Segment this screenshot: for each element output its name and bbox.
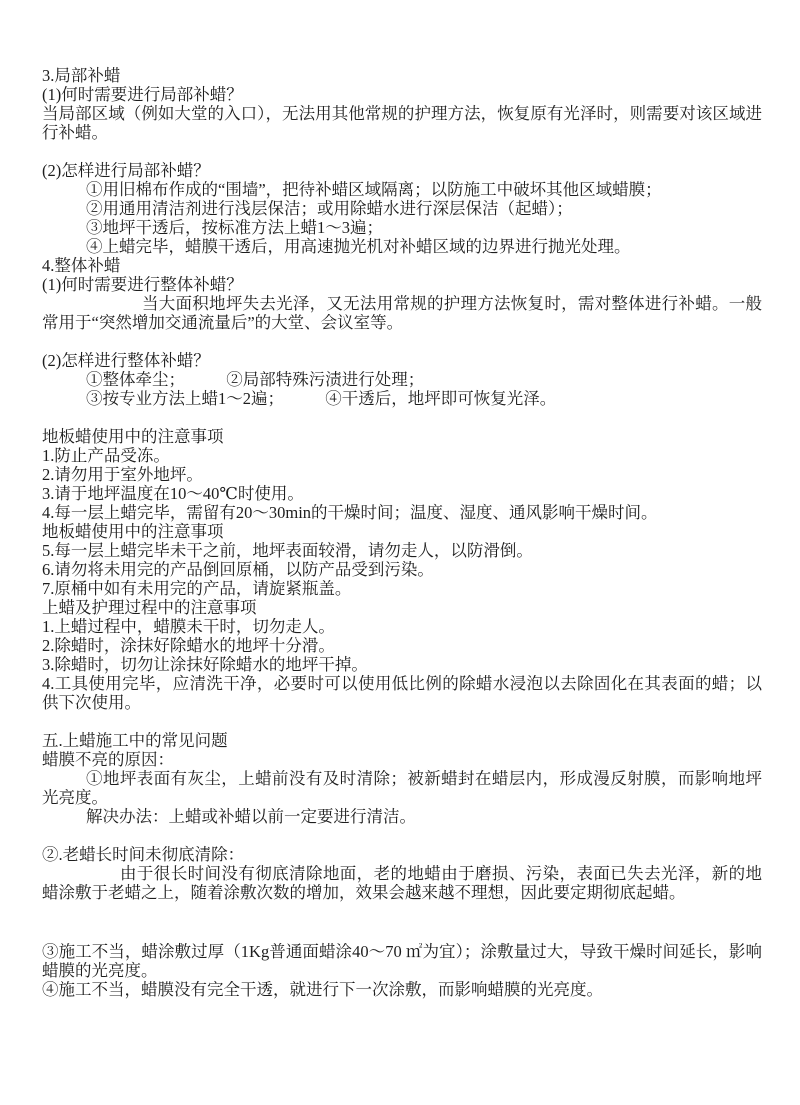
list-item-overall-3-4: ③按专业方法上蜡1～2遍； ④干透后，地坪即可恢复光泽。 <box>42 389 762 408</box>
question-how-local-rewax: (2)怎样进行局部补蜡？ <box>42 161 762 180</box>
precaution-7: 7.原桶中如有未用完的产品，请旋紧瓶盖。 <box>42 579 762 598</box>
precaution-4: 4.每一层上蜡完毕，需留有20～30min的干燥时间；温度、湿度、通风影响干燥时… <box>42 503 762 522</box>
heading-usage-precautions-repeat: 地板蜡使用中的注意事项 <box>42 522 762 541</box>
cause-4-not-dry: ④施工不当，蜡膜没有完全干透，就进行下一次涂敷，而影响蜡膜的光亮度。 <box>42 980 762 999</box>
heading-usage-precautions: 地板蜡使用中的注意事项 <box>42 427 762 446</box>
subheading-dull-film-causes: 蜡膜不亮的原因： <box>42 750 762 769</box>
paragraph-overall-rewax-when: 当大面积地坪失去光泽，又无法用常规的护理方法恢复时，需对整体进行补蜡。一般常用于… <box>42 294 762 332</box>
heading-local-rewaxing: 3.局部补蜡 <box>42 66 762 85</box>
list-item-2: ②用通用清洁剂进行浅层保洁；或用除蜡水进行深层保洁（起蜡）； <box>42 199 762 218</box>
list-item-4: ④上蜡完毕，蜡膜干透后，用高速抛光机对补蜡区域的边界进行抛光处理。 <box>42 237 762 256</box>
question-how-overall-rewax: (2)怎样进行整体补蜡？ <box>42 351 762 370</box>
care-precaution-3: 3.除蜡时，切勿让涂抹好除蜡水的地坪干掉。 <box>42 655 762 674</box>
list-item-1: ①用旧棉布作成的“围墙”，把待补蜡区域隔离；以防施工中破坏其他区域蜡膜； <box>42 180 762 199</box>
precaution-2: 2.请勿用于室外地坪。 <box>42 465 762 484</box>
care-precaution-2: 2.除蜡时，涂抹好除蜡水的地坪十分滑。 <box>42 636 762 655</box>
cause-3-too-thick: ③施工不当，蜡涂敷过厚（1Kg普通面蜡涂40～70 ㎡为宜）；涂敷量过大，导致干… <box>42 942 762 980</box>
precaution-3: 3.请于地坪温度在10～40℃时使用。 <box>42 484 762 503</box>
care-precaution-1: 1.上蜡过程中，蜡膜未干时，切勿走人。 <box>42 617 762 636</box>
heading-overall-rewaxing: 4.整体补蜡 <box>42 256 762 275</box>
list-item-overall-1-2: ①整体牵尘； ②局部特殊污渍进行处理； <box>42 370 762 389</box>
cause-2-old-wax: ②.老蜡长时间未彻底清除： <box>42 845 762 864</box>
heading-waxing-care-precautions: 上蜡及护理过程中的注意事项 <box>42 598 762 617</box>
care-precaution-4: 4.工具使用完毕，应清洗干净，必要时可以使用低比例的除蜡水浸泡以去除固化在其表面… <box>42 674 762 712</box>
cause-1-dust: ①地坪表面有灰尘，上蜡前没有及时清除；被新蜡封在蜡层内，形成漫反射膜，而影响地坪… <box>42 769 762 807</box>
question-when-local-rewax: (1)何时需要进行局部补蜡？ <box>42 85 762 104</box>
precaution-5: 5.每一层上蜡完毕未干之前，地坪表面较滑，请勿走人，以防滑倒。 <box>42 541 762 560</box>
list-item-3: ③地坪干透后，按标准方法上蜡1～3遍； <box>42 218 762 237</box>
heading-common-problems: 五.上蜡施工中的常见问题 <box>42 731 762 750</box>
cause-2-explanation: 由于很长时间没有彻底清除地面，老的地蜡由于磨损、污染，表面已失去光泽，新的地蜡涂… <box>42 864 762 902</box>
cause-1-solution: 解决办法：上蜡或补蜡以前一定要进行清洁。 <box>42 807 762 826</box>
paragraph-local-rewax-when: 当局部区域（例如大堂的入口），无法用其他常规的护理方法，恢复原有光泽时，则需要对… <box>42 104 762 142</box>
document-page: 3.局部补蜡 (1)何时需要进行局部补蜡？ 当局部区域（例如大堂的入口），无法用… <box>0 0 800 1105</box>
question-when-overall-rewax: (1)何时需要进行整体补蜡？ <box>42 275 762 294</box>
precaution-1: 1.防止产品受冻。 <box>42 446 762 465</box>
precaution-6: 6.请勿将未用完的产品倒回原桶，以防产品受到污染。 <box>42 560 762 579</box>
